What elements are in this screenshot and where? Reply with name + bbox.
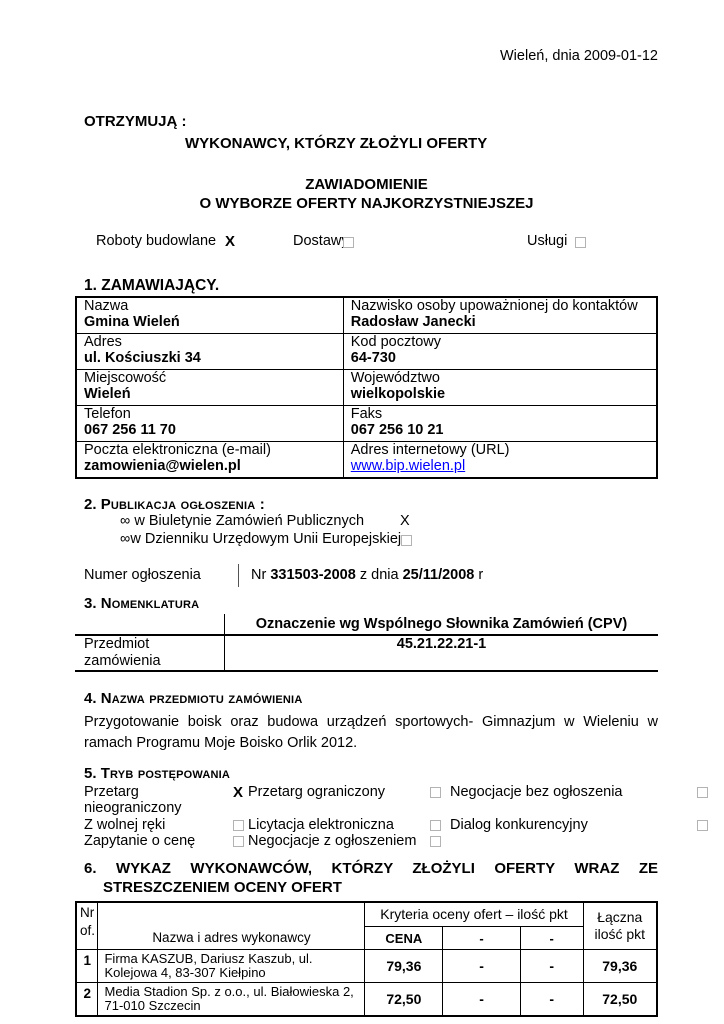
mode-zapytanie-o-cene-checkbox — [233, 836, 244, 847]
section1-heading: 1. ZAMAWIAJĄCY. — [75, 277, 658, 294]
offer-number: 2 — [76, 983, 98, 1017]
mode-licytacja-elektroniczna-label: Licytacja elektroniczna — [248, 817, 394, 834]
offer-total-points: 79,36 — [583, 950, 657, 983]
field-value: Radosław Janecki — [351, 315, 650, 331]
field-value: 067 256 11 70 — [84, 423, 337, 439]
col-header-total: Łączna ilość pkt — [583, 902, 657, 950]
field-label: Poczta elektroniczna (e-mail) — [84, 443, 337, 459]
document-title-line2: O WYBORZE OFERTY NAJKORZYSTNIEJSZEJ — [75, 195, 658, 212]
order-type-roboty-checkmark: X — [225, 233, 235, 250]
field-label: Adres internetowy (URL) — [351, 443, 650, 459]
infinity-bullet: ∞ — [120, 531, 130, 547]
cell-email: Poczta elektroniczna (e-mail) zamowienia… — [76, 442, 343, 479]
cell-faks: Faks 067 256 10 21 — [343, 406, 657, 442]
section4-title: Nazwa przedmiotu zamówienia — [101, 690, 303, 707]
publication-eu-checkbox — [401, 535, 412, 546]
procedure-mode-grid: Przetarg nieograniczony X Przetarg ogran… — [75, 784, 658, 850]
cell-adres: Adres ul. Kościuszki 34 — [76, 334, 343, 370]
section6-heading-line2: STRESZCZENIEM OCENY OFERT — [75, 878, 658, 897]
section4-heading: 4. Nazwa przedmiotu zamówienia — [75, 690, 658, 707]
recipients-label: OTRZYMUJĄ : — [75, 113, 658, 130]
date-line: Wieleń, dnia 2009-01-12 — [75, 48, 658, 65]
cpv-code: 45.21.22.21-1 — [225, 635, 659, 671]
field-value: 067 256 10 21 — [351, 423, 650, 439]
mode-przetarg-nieograniczony-checkmark: X — [233, 784, 243, 801]
field-label: Kod pocztowy — [351, 335, 650, 351]
mode-przetarg-ograniczony-label: Przetarg ograniczony — [248, 784, 385, 801]
contractor-name-line1: Firma KASZUB, Dariusz Kaszub, ul. — [104, 952, 362, 966]
order-type-uslugi-label: Usługi — [527, 233, 567, 250]
field-label: Telefon — [84, 407, 337, 423]
col-header-nr: Nr of. — [76, 902, 98, 950]
nomenclature-table: Oznaczenie wg Wspólnego Słownika Zamówie… — [75, 614, 658, 672]
cell-kod-pocztowy: Kod pocztowy 64-730 — [343, 334, 657, 370]
offer-criterion2-points: - — [443, 950, 521, 983]
section2-heading: 2. Publikacja ogłoszenia : — [75, 496, 658, 513]
col-header-nr-line1: Nr — [80, 904, 95, 922]
cell-telefon: Telefon 067 256 11 70 — [76, 406, 343, 442]
infinity-bullet: ∞ — [120, 513, 130, 529]
offer-row: 2 Media Stadion Sp. z o.o., ul. Białowie… — [76, 983, 657, 1017]
col-header-criterion3: - — [520, 927, 583, 950]
mode-przetarg-nieograniczony-label: Przetarg nieograniczony — [84, 784, 204, 816]
contractor-name-line2: 71-010 Szczecin — [104, 999, 362, 1013]
mode-z-wolnej-reki-label: Z wolnej ręki — [84, 817, 165, 834]
notice-suffix: r — [478, 567, 483, 583]
field-value: Wieleń — [84, 387, 337, 403]
col-header-total-line2: ilość pkt — [586, 926, 654, 943]
offer-row: 1 Firma KASZUB, Dariusz Kaszub, ul. Kole… — [76, 950, 657, 983]
table-row: Nazwa Gmina Wieleń Nazwisko osoby upoważ… — [76, 297, 657, 334]
col-header-name: Nazwa i adres wykonawcy — [98, 902, 365, 950]
contractor-name-address: Media Stadion Sp. z o.o., ul. Białowiesk… — [98, 983, 365, 1017]
table-row: Poczta elektroniczna (e-mail) zamowienia… — [76, 442, 657, 479]
notice-number-row: Numer ogłoszenia Nr 331503-2008 z dnia 2… — [75, 564, 658, 587]
subject-description: Przygotowanie boisk oraz budowa urządzeń… — [75, 712, 658, 754]
offer-cena-points: 79,36 — [365, 950, 443, 983]
section3-title: Nomenklatura — [101, 595, 200, 612]
section3-heading: 3. Nomenklatura — [75, 595, 658, 612]
cell-url: Adres internetowy (URL) www.bip.wielen.p… — [343, 442, 657, 479]
table-row: Miejscowość Wieleń Województwo wielkopol… — [76, 370, 657, 406]
field-label: Faks — [351, 407, 650, 423]
mode-z-wolnej-reki-checkbox — [233, 820, 244, 831]
section2-number: 2. — [84, 496, 97, 513]
section2-title: Publikacja ogłoszenia : — [101, 496, 265, 513]
mode-negocjacje-z-ogloszeniem-checkbox — [430, 836, 441, 847]
document-title-line1: ZAWIADOMIENIE — [75, 176, 658, 193]
table-row: Adres ul. Kościuszki 34 Kod pocztowy 64-… — [76, 334, 657, 370]
contractor-name-line2: Kolejowa 4, 83-307 Kiełpino — [104, 966, 362, 980]
cell-nazwa: Nazwa Gmina Wieleń — [76, 297, 343, 334]
contracting-authority-table: Nazwa Gmina Wieleń Nazwisko osoby upoważ… — [75, 296, 658, 479]
offer-cena-points: 72,50 — [365, 983, 443, 1017]
publication-item-eu: ∞w Dzienniku Urzędowym Unii Europejskiej — [75, 531, 658, 549]
field-value: ul. Kościuszki 34 — [84, 351, 337, 367]
table-header-row: Nr of. Nazwa i adres wykonawcy Kryteria … — [76, 902, 657, 927]
section4-number: 4. — [84, 690, 97, 707]
field-label: Miejscowość — [84, 371, 337, 387]
col-header-cena: CENA — [365, 927, 443, 950]
cell-miejscowosc: Miejscowość Wieleń — [76, 370, 343, 406]
mode-dialog-konkurencyjny-checkbox — [697, 820, 708, 831]
contractor-name-address: Firma KASZUB, Dariusz Kaszub, ul. Kolejo… — [98, 950, 365, 983]
cell-wojewodztwo: Województwo wielkopolskie — [343, 370, 657, 406]
bip-website-link[interactable]: www.bip.wielen.pl — [351, 458, 465, 474]
order-type-row: Roboty budowlane X Dostawy Usługi — [75, 233, 658, 251]
offer-criterion3-points: - — [520, 950, 583, 983]
field-value: 64-730 — [351, 351, 650, 367]
section5-heading: 5. Tryb postępowania — [75, 765, 658, 782]
mode-dialog-konkurencyjny-label: Dialog konkurencyjny — [450, 817, 588, 834]
notice-number-value: Nr 331503-2008 z dnia 25/11/2008 r — [238, 564, 483, 587]
offers-summary-table: Nr of. Nazwa i adres wykonawcy Kryteria … — [75, 901, 658, 1017]
field-label: Nazwisko osoby upoważnionej do kontaktów — [351, 299, 650, 315]
order-type-dostawy-checkbox — [343, 237, 354, 248]
przedmiot-label: Przedmiot zamówienia — [75, 635, 225, 671]
order-type-uslugi-checkbox — [575, 237, 586, 248]
mode-zapytanie-o-cene-label: Zapytanie o cenę — [84, 833, 195, 850]
col-header-nr-line2: of. — [80, 922, 95, 940]
contractor-name-line1: Media Stadion Sp. z o.o., ul. Białowiesk… — [104, 985, 362, 999]
mode-negocjacje-z-ogloszeniem-label: Negocjacje z ogłoszeniem — [248, 833, 416, 850]
table-row: Telefon 067 256 11 70 Faks 067 256 10 21 — [76, 406, 657, 442]
offer-number: 1 — [76, 950, 98, 983]
notice-date: 25/11/2008 — [403, 567, 475, 583]
section6-heading-line1: 6. WYKAZ WYKONAWCÓW, KTÓRZY ZŁOŻYLI OFER… — [75, 859, 658, 878]
mode-negocjacje-bez-ogloszenia-checkbox — [697, 787, 708, 798]
offer-total-points: 72,50 — [583, 983, 657, 1017]
col-header-total-line1: Łączna — [586, 909, 654, 926]
table-row: Przedmiot zamówienia 45.21.22.21-1 — [75, 635, 658, 671]
empty-cell — [75, 614, 225, 635]
section6-heading: 6. WYKAZ WYKONAWCÓW, KTÓRZY ZŁOŻYLI OFER… — [75, 859, 658, 897]
recipients-value: WYKONAWCY, KTÓRZY ZŁOŻYLI OFERTY — [75, 135, 658, 152]
table-row: Oznaczenie wg Wspólnego Słownika Zamówie… — [75, 614, 658, 635]
mode-negocjacje-bez-ogloszenia-label: Negocjacje bez ogłoszenia — [450, 784, 623, 801]
publication-label: w Biuletynie Zamówień Publicznych — [130, 513, 364, 529]
field-value: wielkopolskie — [351, 387, 650, 403]
notice-connector: z dnia — [360, 567, 399, 583]
col-header-criterion2: - — [443, 927, 521, 950]
publication-item-bzp: ∞ w Biuletynie Zamówień Publicznych X — [75, 513, 658, 531]
document-page: Wieleń, dnia 2009-01-12 OTRZYMUJĄ : WYKO… — [0, 0, 724, 1024]
offer-criterion2-points: - — [443, 983, 521, 1017]
cell-kontakt: Nazwisko osoby upoważnionej do kontaktów… — [343, 297, 657, 334]
field-label: Województwo — [351, 371, 650, 387]
notice-number: 331503-2008 — [270, 567, 355, 583]
field-label: Adres — [84, 335, 337, 351]
section5-number: 5. — [84, 765, 97, 782]
col-header-criteria-group: Kryteria oceny ofert – ilość pkt — [365, 902, 583, 927]
field-label: Nazwa — [84, 299, 337, 315]
cpv-header: Oznaczenie wg Wspólnego Słownika Zamówie… — [225, 614, 659, 635]
offer-criterion3-points: - — [520, 983, 583, 1017]
notice-number-label: Numer ogłoszenia — [75, 567, 238, 584]
order-type-roboty-label: Roboty budowlane — [96, 233, 216, 250]
publication-bzp-checkmark: X — [400, 513, 410, 530]
notice-prefix: Nr — [251, 567, 266, 583]
publication-label: w Dzienniku Urzędowym Unii Europejskiej — [130, 531, 401, 547]
section5-title: Tryb postępowania — [101, 765, 230, 782]
mode-licytacja-elektroniczna-checkbox — [430, 820, 441, 831]
field-value: Gmina Wieleń — [84, 315, 337, 331]
email-value: zamowienia@wielen.pl — [84, 459, 337, 475]
section3-number: 3. — [84, 595, 97, 612]
mode-przetarg-ograniczony-checkbox — [430, 787, 441, 798]
order-type-dostawy-label: Dostawy — [293, 233, 349, 250]
